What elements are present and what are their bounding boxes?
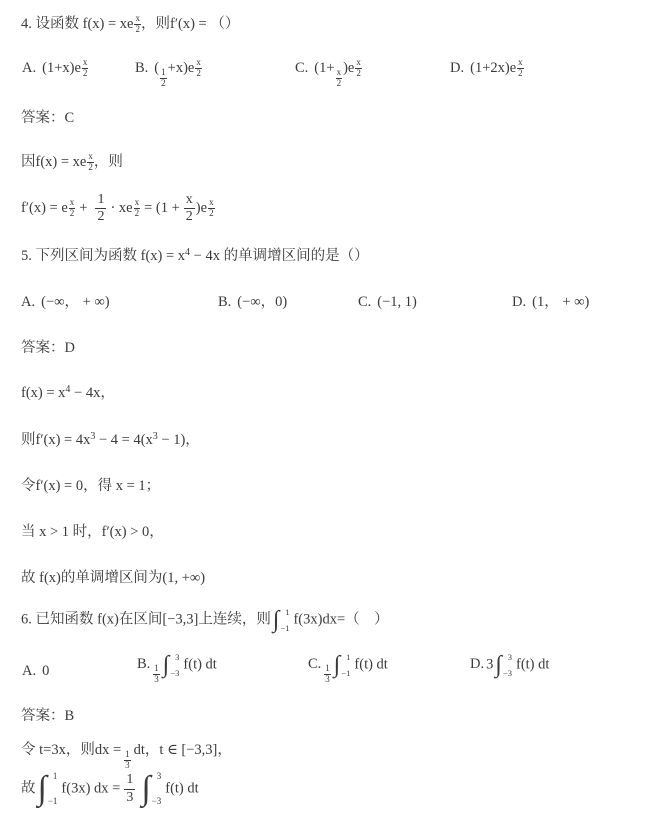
- question-6-title: 6. 已知函数 f(x)在区间[−3,3]上连续，则∫1−1f(3x)dx=（ …: [21, 608, 389, 632]
- formula-fragment: 3: [486, 656, 493, 672]
- option-label: B.: [135, 60, 148, 76]
- upper-bound: 1: [285, 608, 289, 617]
- formula-fragment: ，则: [94, 154, 123, 170]
- formula-fragment: 故 f(x)的单调增区间为(1, +∞): [21, 570, 205, 586]
- formula-fragment: (1+x)e: [42, 60, 81, 76]
- integral-neg1-to-1: ∫1−1: [38, 772, 60, 806]
- integral-bounds: 3−3: [152, 772, 162, 806]
- formula-fragment: f(t) dt: [516, 656, 549, 672]
- fraction-denominator: 2: [336, 79, 343, 89]
- formula-fragment: f(x) = x: [21, 385, 65, 401]
- answer-text: 答案：C: [21, 110, 74, 126]
- formula-fragment: − 4x，: [70, 385, 114, 401]
- answer-text: 答案：B: [21, 708, 74, 724]
- q5-title-text: 5. 下列区间为函数 f(x) = x: [21, 248, 185, 264]
- fraction-one-half: 12: [160, 68, 167, 89]
- fraction-denominator: 2: [208, 209, 215, 219]
- integral-sign: ∫: [38, 772, 47, 806]
- option-label: A.: [21, 294, 35, 310]
- q4-option-a: A.(1+x)ex2: [22, 58, 88, 79]
- q4-title-text: 4. 设函数 f(x) = xe: [21, 16, 133, 32]
- integral-neg1-to-1: ∫1−1: [273, 608, 292, 632]
- formula-fragment: · xe: [110, 200, 132, 216]
- fraction-one-third: 13: [124, 750, 131, 771]
- formula-fragment: 令f′(x) = 0，得 x = 1；: [21, 478, 160, 494]
- fraction-denominator: 2: [134, 209, 141, 219]
- formula-fragment: dt，t ∈ [−3,3]，: [134, 742, 232, 758]
- integral-neg1-to-1: ∫1−1: [334, 653, 353, 677]
- q6-option-c: C.13∫1−1f(t) dt: [308, 653, 388, 685]
- integral-sign: ∫: [495, 653, 502, 677]
- formula-fragment: f(3x) dx =: [61, 780, 120, 796]
- formula-fragment: (1+: [314, 60, 334, 76]
- option-label: B.: [137, 656, 150, 672]
- question-4-answer: 答案：C: [21, 108, 74, 128]
- q5-step-5: 故 f(x)的单调增区间为(1, +∞): [21, 568, 205, 588]
- formula-fragment: +x)e: [168, 60, 195, 76]
- option-label: A.: [22, 60, 36, 76]
- formula-fragment: )e: [343, 60, 354, 76]
- formula-fragment: 故: [21, 780, 36, 796]
- formula-fragment: 当 x > 1 时，f′(x) > 0，: [21, 524, 164, 540]
- integral-bounds: 1−1: [341, 653, 350, 677]
- q5-step-4: 当 x > 1 时，f′(x) > 0，: [21, 522, 164, 542]
- formula-fragment: − 1)，: [158, 432, 200, 448]
- exponent-x-over-2: x2: [69, 198, 76, 219]
- option-label: C.: [358, 294, 371, 310]
- q5-option-a: A.(−∞， + ∞): [21, 292, 110, 312]
- exponent-x-over-2: x2: [134, 198, 141, 219]
- integral-bounds: 3−3: [170, 653, 179, 677]
- q6-title-text: 6. 已知函数 f(x)在区间[−3,3]上连续，则: [21, 611, 271, 627]
- option-label: D.: [470, 656, 484, 672]
- integral-neg3-to-3: ∫3−3: [495, 653, 514, 677]
- upper-bound: 1: [53, 772, 58, 781]
- option-label: C.: [308, 656, 321, 672]
- fraction-one-third: 13: [153, 664, 160, 685]
- integral-neg3-to-3: ∫3−3: [163, 653, 182, 677]
- formula-fragment: = (1 +: [144, 200, 180, 216]
- fraction-denominator: 2: [82, 69, 89, 79]
- option-label: C.: [295, 60, 308, 76]
- lower-bound: −3: [503, 669, 512, 678]
- fraction-denominator: 2: [69, 209, 76, 219]
- upper-bound: 1: [346, 653, 350, 662]
- q5-step-3: 令f′(x) = 0，得 x = 1；: [21, 476, 160, 496]
- formula-fragment: f′(x) = e: [21, 200, 68, 216]
- q6-title-tail: f(3x)dx=（ ）: [293, 611, 388, 627]
- q5-option-d: D.(1， + ∞): [512, 292, 589, 312]
- fraction-denominator: 3: [324, 675, 331, 685]
- fraction-denominator: 2: [517, 69, 524, 79]
- formula-fragment: f(t) dt: [183, 656, 216, 672]
- fraction-denominator: 2: [195, 69, 202, 79]
- formula-fragment: − 4 = 4(x: [95, 432, 152, 448]
- lower-bound: −3: [152, 797, 162, 806]
- formula-fragment: (: [154, 60, 159, 76]
- upper-bound: 3: [175, 653, 179, 662]
- lower-bound: −3: [170, 669, 179, 678]
- q4-title-tail: ，则f′(x) = （）: [141, 16, 239, 32]
- q4-explanation-1: 因f(x) = xex2，则: [21, 152, 123, 173]
- lower-bound: −1: [48, 797, 58, 806]
- option-label: D.: [450, 60, 464, 76]
- q6-option-a: A.0: [22, 661, 49, 681]
- fraction-x-over-2: x2: [184, 192, 195, 225]
- exponent-x-over-2: x2: [517, 58, 524, 79]
- fraction-denominator: 2: [355, 69, 362, 79]
- formula-fragment: f(t) dt: [165, 780, 198, 796]
- q5-step-1: f(x) = x4 − 4x，: [21, 383, 115, 403]
- document-page: 4. 设函数 f(x) = xex2，则f′(x) = （） A.(1+x)ex…: [0, 0, 660, 825]
- q5-title-tail: − 4x 的单调增区间的是（）: [190, 248, 369, 264]
- fraction-numerator: x: [184, 192, 195, 209]
- integral-sign: ∫: [163, 653, 170, 677]
- integral-sign: ∫: [273, 608, 280, 632]
- option-text: (−1, 1): [377, 294, 417, 310]
- integral-bounds: 1−1: [280, 608, 289, 632]
- q4-derivation: f′(x) = ex2+12· xex2= (1 +x2)ex2: [21, 192, 215, 225]
- question-5-title: 5. 下列区间为函数 f(x) = x4 − 4x 的单调增区间的是（）: [21, 246, 369, 266]
- formula-fragment: 因f(x) = xe: [21, 154, 86, 170]
- fraction-denominator: 3: [124, 790, 135, 806]
- q5-option-b: B.(−∞，0): [218, 292, 287, 312]
- exponent-x-over-2: x2: [208, 198, 215, 219]
- formula-fragment: 则f′(x) = 4x: [21, 432, 90, 448]
- q6-option-b: B.13∫3−3f(t) dt: [137, 653, 217, 685]
- fraction-numerator: 1: [95, 192, 106, 209]
- q4-option-d: D.(1+2x)ex2: [450, 58, 524, 79]
- exponent-x-over-2: x2: [82, 58, 89, 79]
- answer-text: 答案：D: [21, 340, 75, 356]
- integral-bounds: 1−1: [48, 772, 58, 806]
- formula-fragment: f(t) dt: [354, 656, 387, 672]
- option-text: 0: [42, 663, 49, 679]
- integral-bounds: 3−3: [503, 653, 512, 677]
- integral-neg3-to-3: ∫3−3: [141, 772, 163, 806]
- option-text: (−∞，0): [237, 294, 287, 310]
- formula-fragment: 令 t=3x，则dx =: [21, 742, 121, 758]
- fraction-denominator: 2: [160, 79, 167, 89]
- formula-fragment: (1+2x)e: [470, 60, 516, 76]
- q6-step-2: 故∫1−1f(3x) dx =13∫3−3f(t) dt: [21, 772, 199, 806]
- option-text: (−∞， + ∞): [41, 294, 109, 310]
- lower-bound: −1: [341, 669, 350, 678]
- fraction-denominator: 2: [95, 209, 106, 225]
- fraction-one-third: 13: [324, 664, 331, 685]
- exponent-x-over-2: x2: [355, 58, 362, 79]
- integral-sign: ∫: [334, 653, 341, 677]
- option-text: (1， + ∞): [532, 294, 589, 310]
- option-label: A.: [22, 663, 36, 679]
- q5-option-c: C.(−1, 1): [358, 292, 417, 312]
- fraction-denominator: 3: [124, 761, 131, 771]
- fraction-denominator: 3: [153, 675, 160, 685]
- lower-bound: −1: [280, 624, 289, 633]
- question-6-answer: 答案：B: [21, 706, 74, 726]
- q5-step-2: 则f′(x) = 4x3 − 4 = 4(x3 − 1)，: [21, 430, 200, 450]
- fraction-one-half: 12: [95, 192, 106, 225]
- option-label: D.: [512, 294, 526, 310]
- fraction-x-over-2: x2: [336, 68, 343, 89]
- fraction-one-third: 13: [124, 772, 135, 805]
- plus-sign: +: [79, 200, 87, 216]
- q4-option-b: B.(12+x)ex2: [135, 58, 202, 89]
- upper-bound: 3: [508, 653, 512, 662]
- q6-option-d: D.3∫3−3f(t) dt: [470, 653, 549, 677]
- formula-fragment: )e: [196, 200, 207, 216]
- q4-option-c: C.(1+x2)ex2: [295, 58, 362, 89]
- question-5-answer: 答案：D: [21, 338, 75, 358]
- integral-sign: ∫: [141, 772, 150, 806]
- q6-step-1: 令 t=3x，则dx =13dt，t ∈ [−3,3]，: [21, 740, 232, 771]
- fraction-denominator: 2: [184, 209, 195, 225]
- upper-bound: 3: [157, 772, 162, 781]
- question-4-title: 4. 设函数 f(x) = xex2，则f′(x) = （）: [21, 14, 239, 35]
- exponent-x-over-2: x2: [195, 58, 202, 79]
- fraction-numerator: 1: [124, 772, 135, 789]
- option-label: B.: [218, 294, 231, 310]
